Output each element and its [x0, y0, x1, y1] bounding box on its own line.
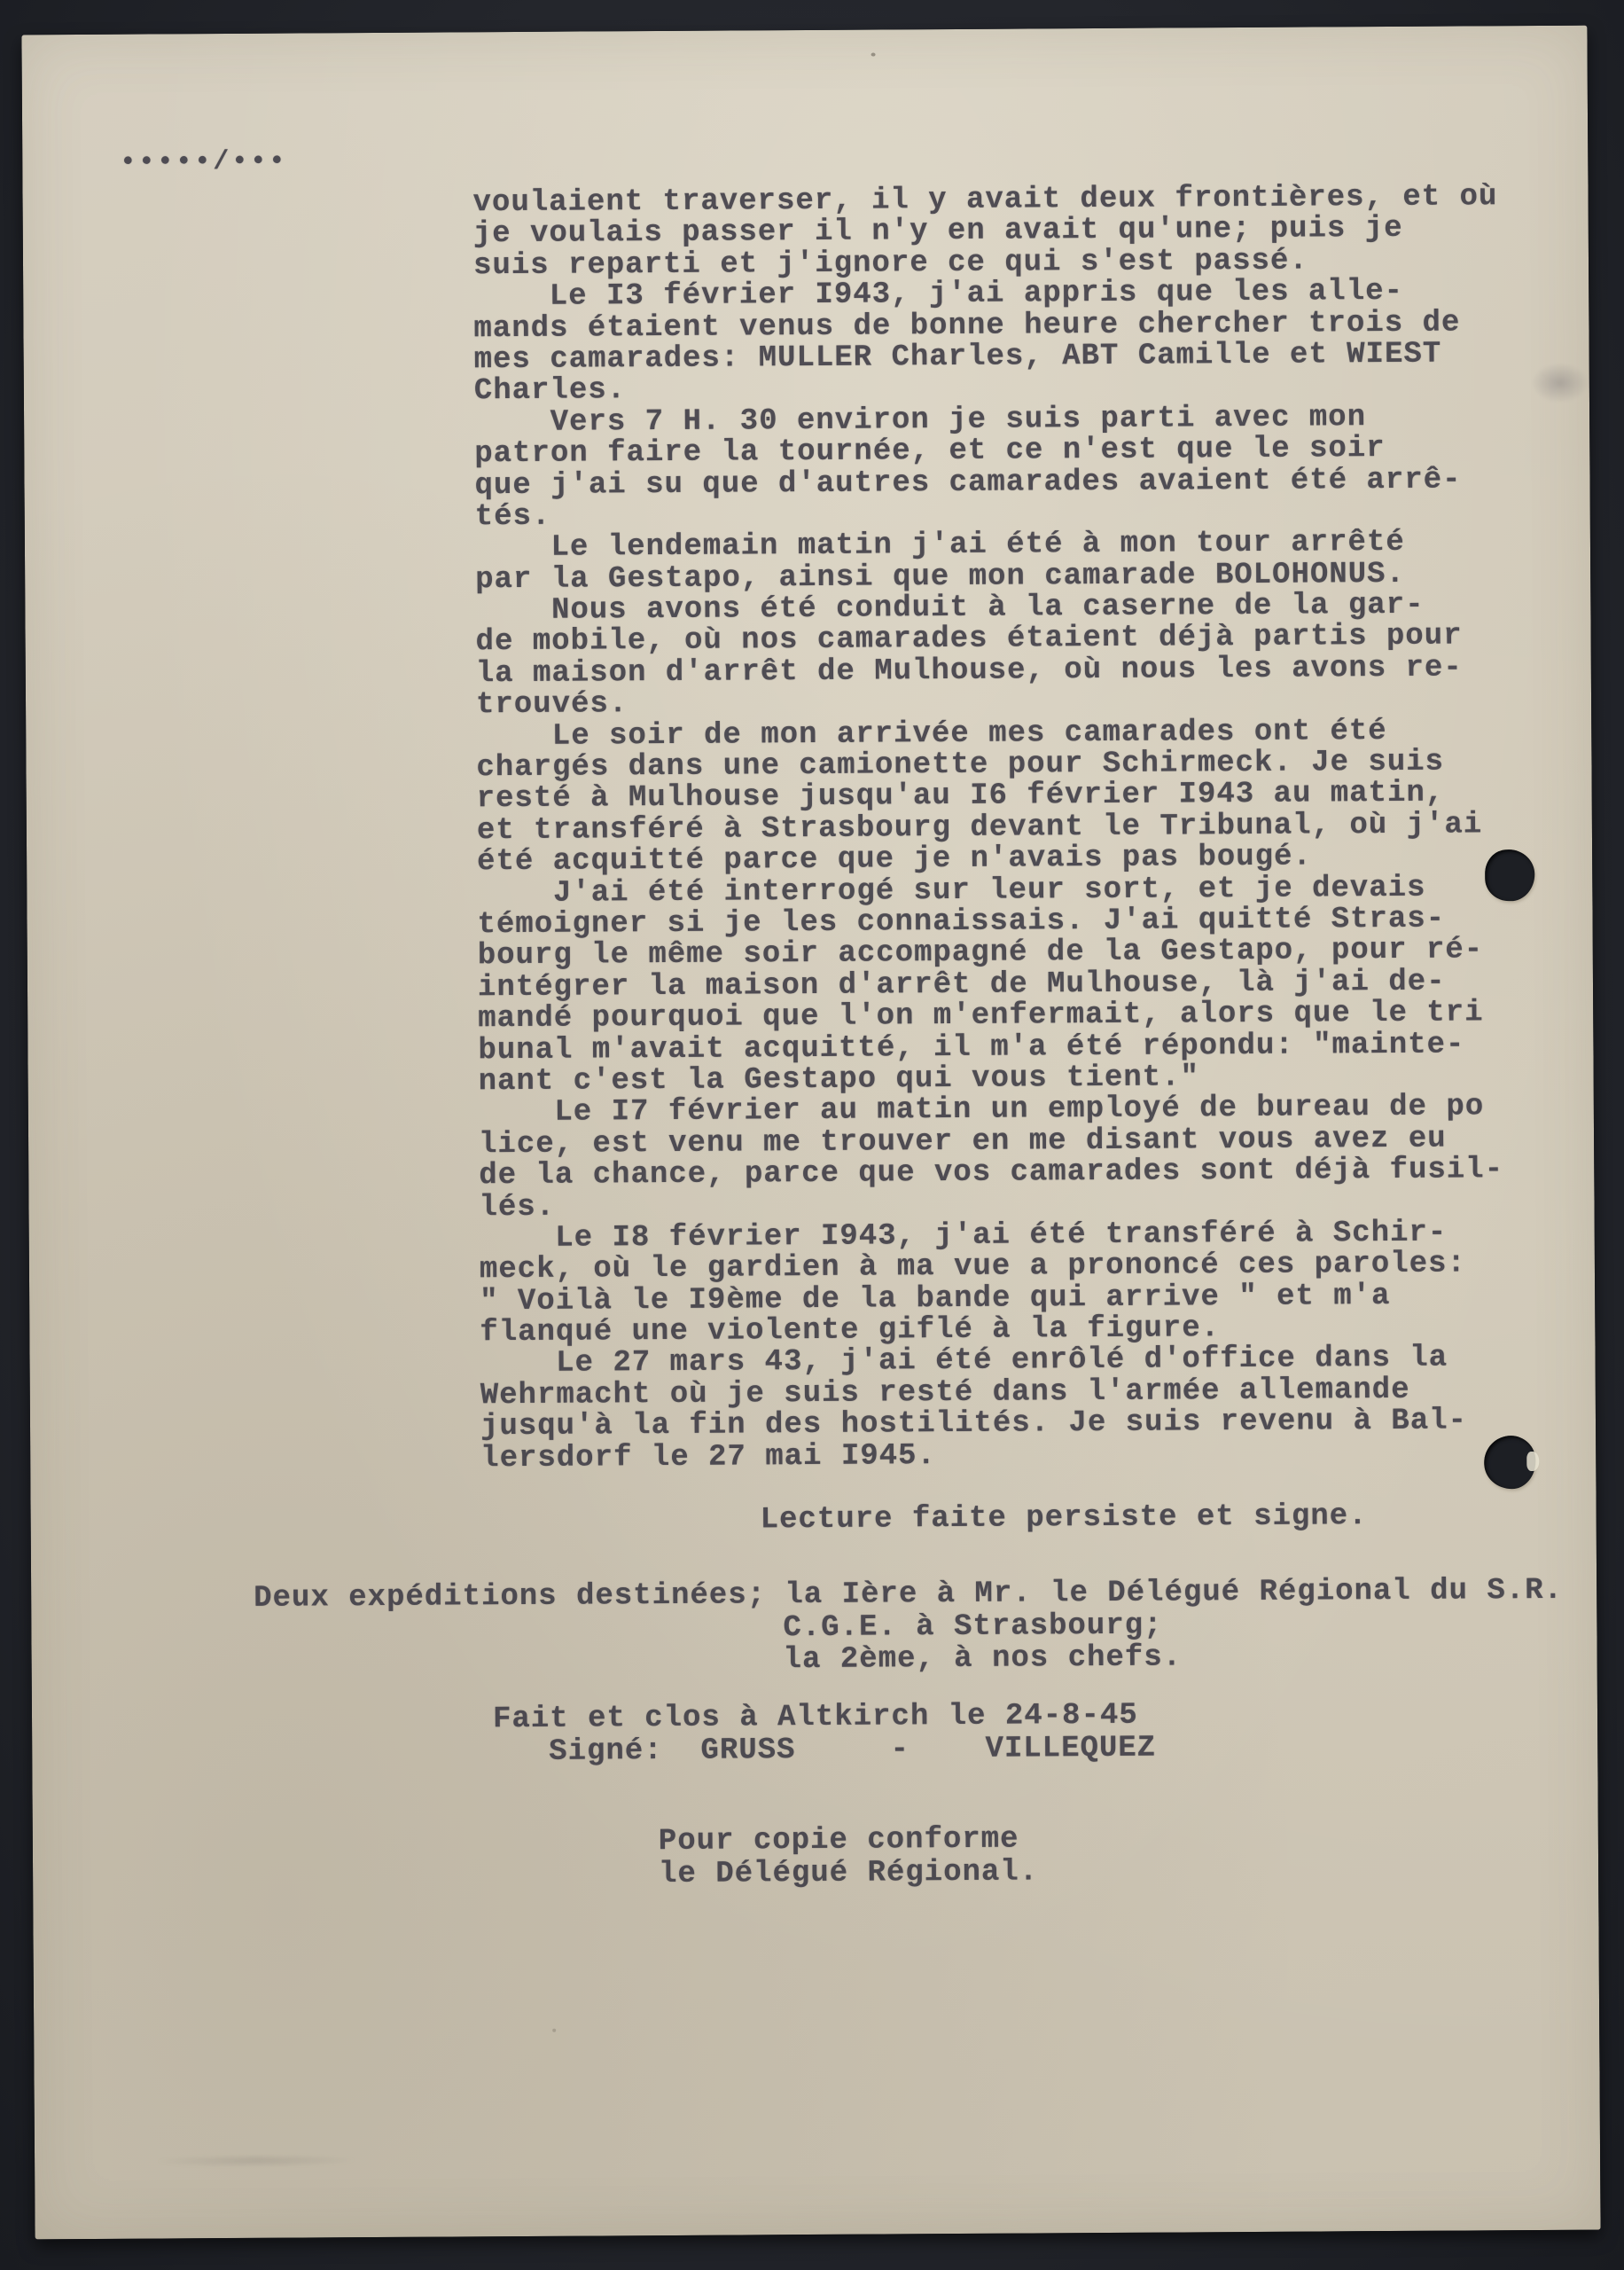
document-page: •••••/••• voulaient traverser, il y avai… — [21, 26, 1600, 2240]
text-line: que j'ai su que d'autres camarades avaie… — [474, 465, 1499, 502]
punch-hole-bottom — [1484, 1436, 1535, 1489]
text-line: la maison d'arrêt de Mulhouse, où nous l… — [476, 653, 1501, 690]
certified-copy-line-2: le Délégué Régional. — [659, 1856, 1038, 1890]
text-line: je voulais passer il n'y en avait qu'une… — [473, 214, 1498, 251]
paper-speck — [871, 53, 876, 57]
ink-smudge — [1531, 363, 1589, 403]
expeditions-line-3: la 2ème, à nos chefs. — [784, 1641, 1183, 1676]
certified-copy-line-1: Pour copie conforme — [659, 1824, 1019, 1858]
punch-hole-top — [1485, 849, 1534, 901]
expeditions-line-2: C.G.E. à Strasbourg; — [783, 1610, 1162, 1645]
text-line: de la chance, parce que vos camarades so… — [479, 1155, 1503, 1192]
signatures-line: Signé: GRUSS - VILLEQUEZ — [549, 1733, 1156, 1768]
faint-ghost-mark — [159, 2154, 354, 2167]
paper-speck — [552, 2029, 556, 2032]
scan-background: •••••/••• voulaient traverser, il y avai… — [0, 0, 1624, 2270]
text-line: lersdorf le 27 mai I945. — [480, 1437, 1505, 1475]
text-line: mes camarades: MULLER Charles, ABT Camil… — [474, 339, 1499, 376]
date-place-line: Fait et clos à Altkirch le 24-8-45 — [493, 1700, 1138, 1735]
expeditions-line-1: Deux expéditions destinées; la Ière à Mr… — [254, 1575, 1563, 1615]
testimony-body-text: voulaient traverser, il y avait deux fro… — [472, 182, 1505, 1475]
continuation-mark: •••••/••• — [120, 147, 287, 178]
closing-statement: Lecture faite persiste et signe. — [761, 1500, 1368, 1536]
text-line: jusqu'à la fin des hostilités. Je suis r… — [480, 1405, 1505, 1443]
paper-speck — [1107, 1707, 1110, 1710]
